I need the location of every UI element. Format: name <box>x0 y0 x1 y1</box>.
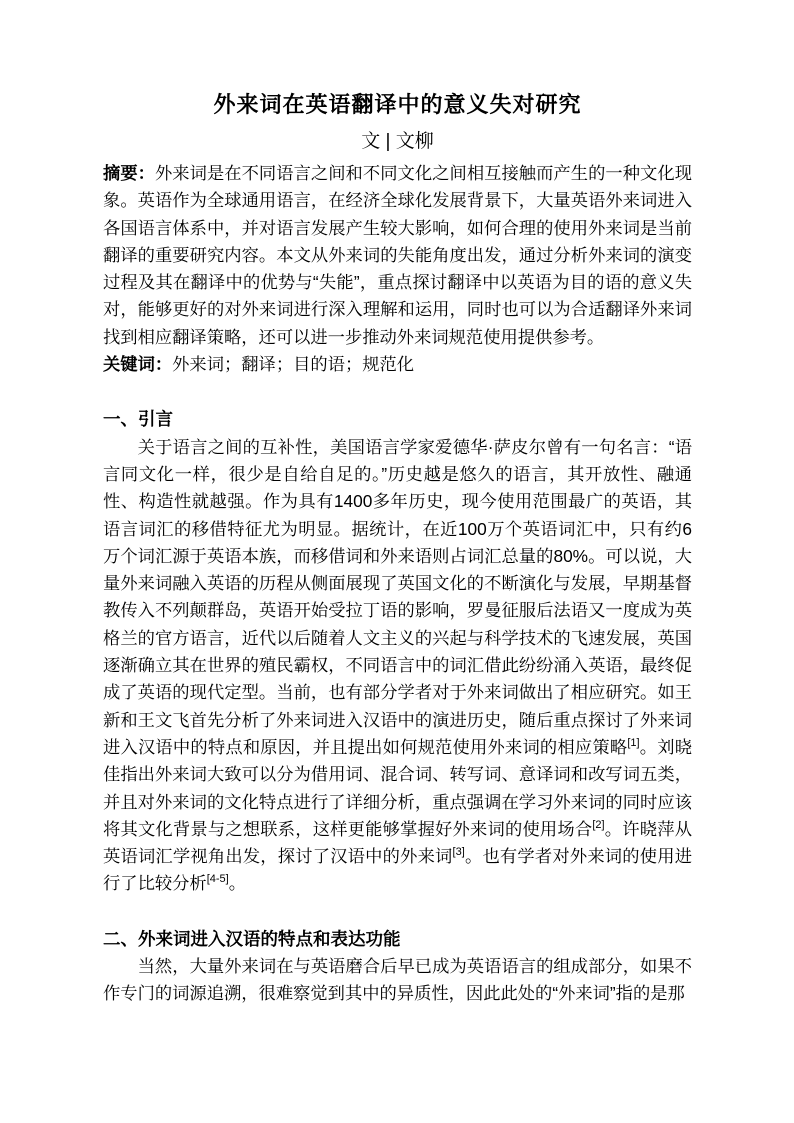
document-page: 外来词在英语翻译中的意义失对研究 文 | 文柳 摘要：外来词是在不同语言之间和不… <box>0 0 794 1123</box>
paragraph-text: 关于语言之间的互补性，美国语言学家爱德华·萨皮尔曾有一句名言：“语言同文化一样，… <box>103 437 692 757</box>
abstract-label: 摘要： <box>103 163 155 183</box>
article-byline: 文 | 文柳 <box>103 128 692 155</box>
citation-ref: [2] <box>592 819 604 831</box>
section-paragraph: 关于语言之间的互补性，美国语言学家爱德华·萨皮尔曾有一句名言：“语言同文化一样，… <box>103 434 692 898</box>
section-paragraph: 当然，大量外来词在与英语磨合后早已成为英语语言的组成部分，如果不作专门的词源追溯… <box>103 953 692 1008</box>
keywords-paragraph: 关键词：外来词；翻译；目的语；规范化 <box>103 351 692 378</box>
paragraph-text: 当然，大量外来词在与英语磨合后早已成为英语语言的组成部分，如果不作专门的词源追溯… <box>103 956 692 1003</box>
citation-ref: [3] <box>453 846 465 858</box>
section-heading: 一、引言 <box>103 406 692 433</box>
abstract-paragraph: 摘要：外来词是在不同语言之间和不同文化之间相互接触而产生的一种文化现象。英语作为… <box>103 160 692 351</box>
page-content: 外来词在英语翻译中的意义失对研究 文 | 文柳 摘要：外来词是在不同语言之间和不… <box>103 90 692 1008</box>
article-title: 外来词在英语翻译中的意义失对研究 <box>103 90 692 120</box>
citation-ref: [1] <box>627 737 639 749</box>
keywords-text: 外来词；翻译；目的语；规范化 <box>172 354 414 374</box>
paragraph-text: 。 <box>229 873 246 893</box>
citation-ref: [4-5] <box>207 874 229 886</box>
keywords-label: 关键词： <box>103 354 172 374</box>
abstract-text: 外来词是在不同语言之间和不同文化之间相互接触而产生的一种文化现象。英语作为全球通… <box>103 163 692 347</box>
sections-container: 一、引言关于语言之间的互补性，美国语言学家爱德华·萨皮尔曾有一句名言：“语言同文… <box>103 406 692 1007</box>
section-heading: 二、外来词进入汉语的特点和表达功能 <box>103 926 692 953</box>
